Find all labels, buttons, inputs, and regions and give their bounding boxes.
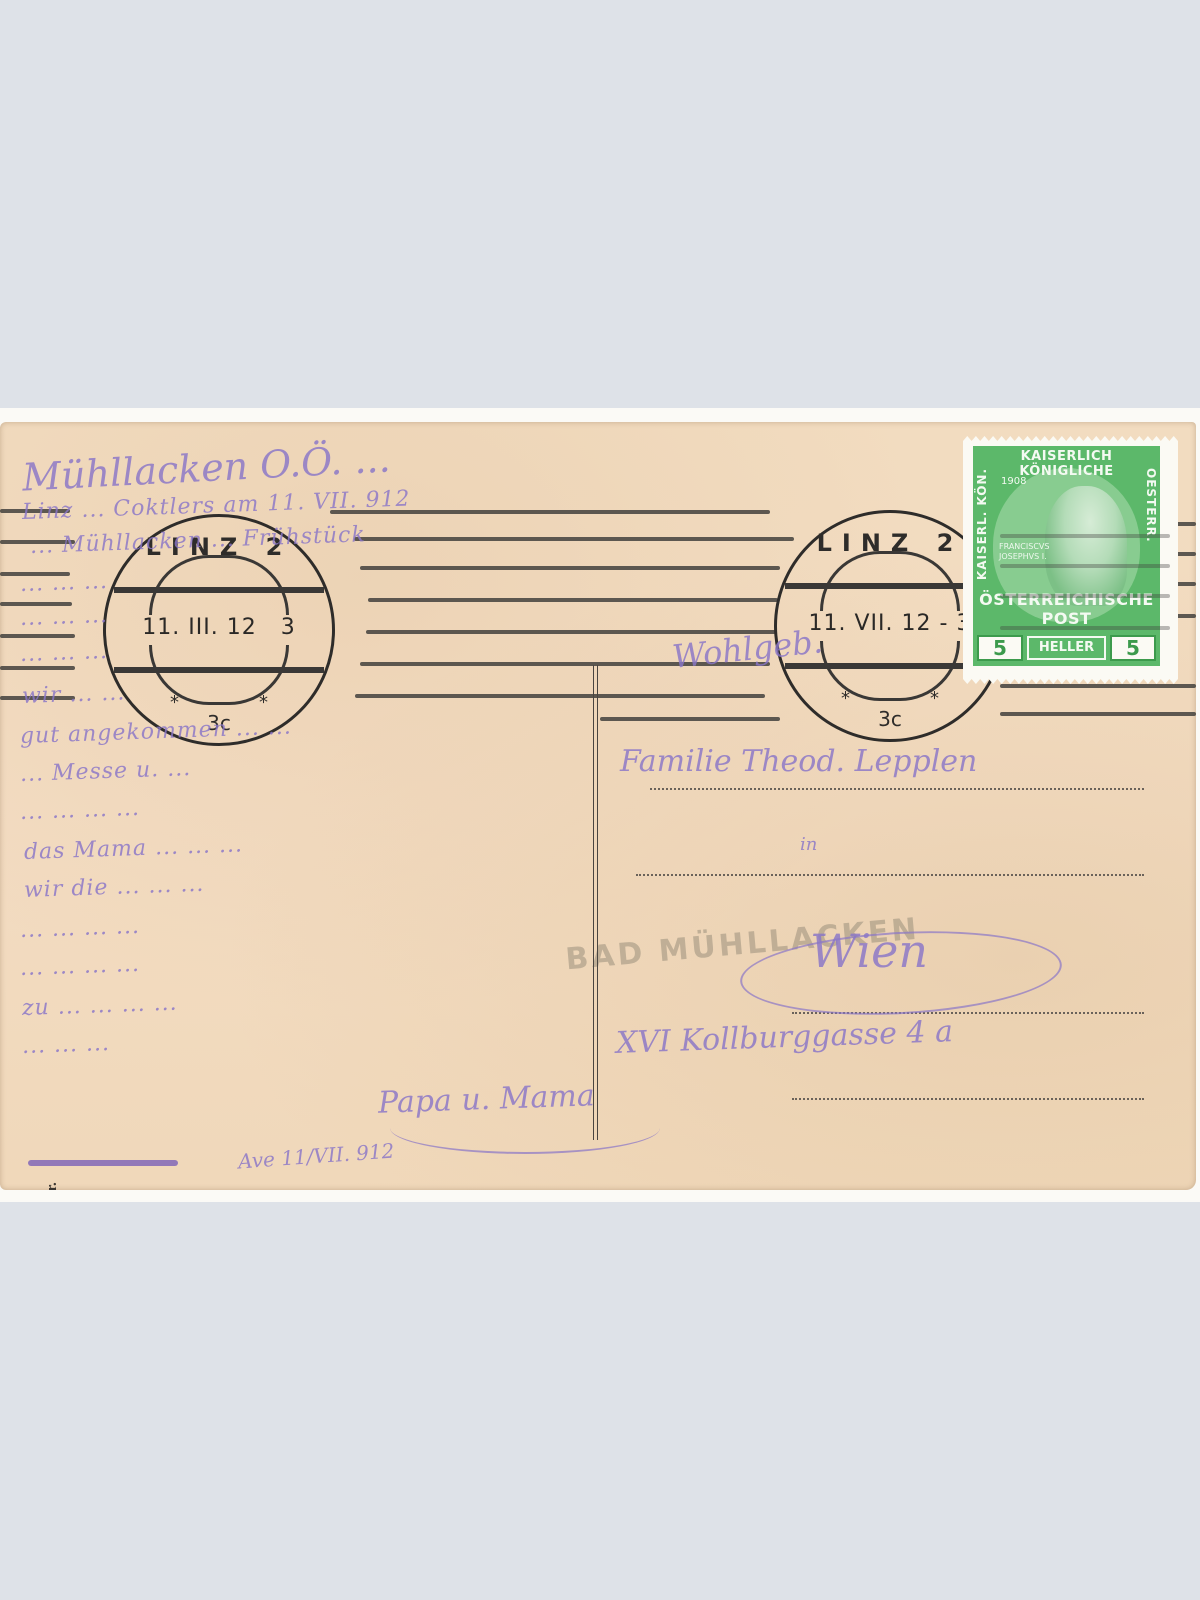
ink-scribble	[28, 1160, 178, 1166]
stamp-year: 1908	[1001, 476, 1026, 487]
message-line: ... ... ...	[20, 603, 109, 631]
stamp-value-right: 5	[1110, 635, 1156, 661]
message-line: ... Messe u. ...	[20, 756, 192, 787]
recipient-name: Familie Theod. Lepplen	[620, 744, 977, 779]
address-line-1	[650, 788, 1144, 790]
signature-flourish	[390, 1102, 660, 1154]
stamp-value-left: 5	[977, 635, 1023, 661]
message-line: wir ... ...	[22, 680, 126, 709]
stamp-currency: HELLER	[1027, 636, 1106, 660]
message-line: zu ... ... ... ...	[22, 991, 178, 1021]
message-line: ... ... ...	[22, 1031, 111, 1059]
publisher-imprint: Franz Obeneder.	[44, 1182, 61, 1190]
postmark-code: 3c	[777, 707, 1003, 731]
message-line: ... ... ... ...	[20, 914, 141, 943]
postage-stamp: KAISERLICH KÖNIGLICHE KAISERL. KÖN. OEST…	[963, 436, 1178, 684]
stamp-portrait-name: FRANCISCVS JOSEPHVS I.	[999, 542, 1049, 562]
star-icon: *	[170, 692, 179, 713]
postscript-date: Ave 11/VII. 912	[237, 1139, 395, 1174]
message-line: ... ... ... ...	[20, 796, 141, 825]
postmark-date: 11. III. 12 3	[106, 615, 332, 640]
stamp-left-text: KAISERL. KÖN.	[975, 468, 989, 580]
emperor-portrait-icon	[1045, 486, 1127, 606]
stamp-top-text: KAISERLICH KÖNIGLICHE	[973, 449, 1160, 479]
star-icon: *	[841, 688, 850, 709]
message-line: wir die ... ... ...	[24, 872, 205, 903]
recipient-street: XVI Kollburggasse 4 a	[615, 1014, 953, 1061]
recipient-preposition: in	[800, 834, 817, 855]
star-icon: *	[259, 692, 268, 713]
address-line-4	[792, 1098, 1144, 1100]
message-line: ... ... ...	[20, 639, 109, 667]
postcard: BAD MÜHLLACKEN LINZ 2 11. III. 12 3 * * …	[0, 422, 1196, 1190]
center-divider	[593, 665, 598, 1140]
message-line: ... ... ...	[20, 569, 109, 597]
message-line: gut angekommen ... ...	[20, 715, 293, 749]
star-icon: *	[930, 688, 939, 709]
address-line-2	[636, 874, 1144, 876]
stamp-right-text: OESTERR.	[1144, 468, 1158, 543]
message-line: das Mama ... ... ...	[24, 832, 244, 865]
message-line: ... ... ... ...	[20, 952, 141, 981]
